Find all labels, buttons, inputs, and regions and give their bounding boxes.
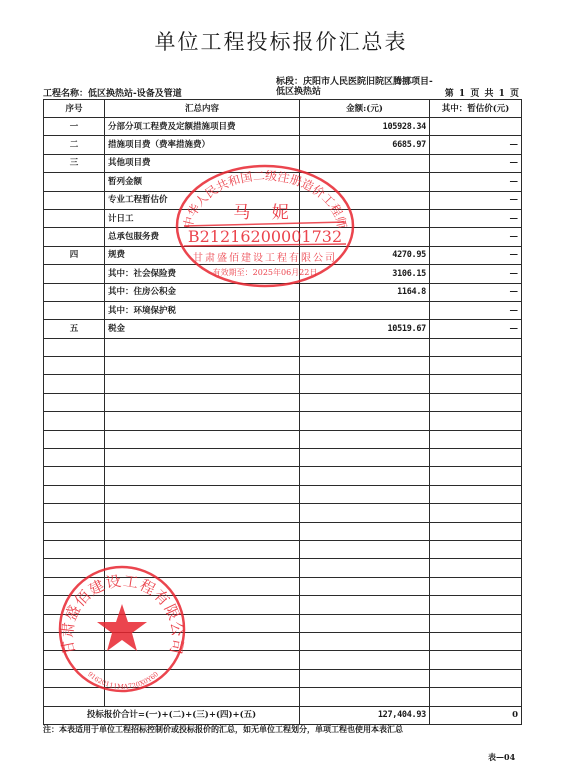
empty-row xyxy=(44,375,522,393)
row-amount: 4270.95 xyxy=(300,246,430,264)
empty-row xyxy=(44,412,522,430)
page-info: 第 1 页 共 1 页 xyxy=(440,86,520,99)
row-no xyxy=(44,301,105,319)
row-amount: 1164.8 xyxy=(300,283,430,301)
row-estimate: — xyxy=(430,154,522,172)
row-content: 分部分项工程费及定额措施项目费 xyxy=(105,118,300,136)
row-no: 二 xyxy=(44,136,105,154)
empty-row xyxy=(44,559,522,577)
empty-cell xyxy=(300,430,430,448)
empty-cell xyxy=(44,522,105,540)
empty-row xyxy=(44,485,522,503)
empty-cell xyxy=(105,669,300,687)
empty-cell xyxy=(105,467,300,485)
empty-cell xyxy=(430,357,522,375)
empty-cell xyxy=(105,412,300,430)
row-estimate: — xyxy=(430,246,522,264)
row-amount: 3106.15 xyxy=(300,265,430,283)
total-label: 投标报价合计=(一)+(二)+(三)+(四)+(五) xyxy=(44,706,300,724)
empty-cell xyxy=(44,596,105,614)
empty-cell xyxy=(105,485,300,503)
empty-cell xyxy=(105,338,300,356)
empty-cell xyxy=(300,559,430,577)
empty-cell xyxy=(44,540,105,558)
row-estimate: — xyxy=(430,301,522,319)
row-no xyxy=(44,228,105,246)
empty-row xyxy=(44,393,522,411)
total-amount: 127,404.93 xyxy=(300,706,430,724)
row-estimate: — xyxy=(430,283,522,301)
empty-cell xyxy=(44,449,105,467)
empty-cell xyxy=(300,614,430,632)
empty-cell xyxy=(430,375,522,393)
empty-cell xyxy=(300,467,430,485)
empty-row xyxy=(44,357,522,375)
row-content: 其中：社会保险费 xyxy=(105,265,300,283)
empty-row xyxy=(44,688,522,706)
table-row: 暂列金额— xyxy=(44,173,522,191)
empty-cell xyxy=(44,485,105,503)
empty-cell xyxy=(300,504,430,522)
empty-cell xyxy=(105,688,300,706)
row-no xyxy=(44,283,105,301)
row-estimate xyxy=(430,118,522,136)
table-row: 五税金10519.67— xyxy=(44,320,522,338)
table-row: 四规费4270.95— xyxy=(44,246,522,264)
empty-cell xyxy=(430,577,522,595)
empty-row xyxy=(44,540,522,558)
empty-row xyxy=(44,467,522,485)
empty-cell xyxy=(300,540,430,558)
row-estimate: — xyxy=(430,173,522,191)
row-content: 措施项目费（费率措施费） xyxy=(105,136,300,154)
footnote: 注：本表适用于单位工程招标控制价或投标报价的汇总，如无单位工程划分，单项工程也使… xyxy=(43,724,403,735)
section-label-line1: 标段：庆阳市人民医院旧院区腾挪项目- xyxy=(276,77,436,87)
empty-cell xyxy=(430,632,522,650)
empty-cell xyxy=(300,449,430,467)
table-header-row: 序号 汇总内容 金额:(元) 其中：暂估价(元) xyxy=(44,100,522,118)
empty-cell xyxy=(300,393,430,411)
row-amount xyxy=(300,191,430,209)
project-name: 工程名称：低区换热站-设备及管道 xyxy=(43,86,182,99)
row-estimate: — xyxy=(430,191,522,209)
empty-cell xyxy=(44,669,105,687)
empty-cell xyxy=(105,393,300,411)
empty-row xyxy=(44,522,522,540)
empty-cell xyxy=(44,375,105,393)
empty-cell xyxy=(430,540,522,558)
row-estimate: — xyxy=(430,209,522,227)
row-content: 规费 xyxy=(105,246,300,264)
empty-cell xyxy=(44,357,105,375)
form-code: 表—04 xyxy=(488,752,515,763)
row-no: 一 xyxy=(44,118,105,136)
summary-table: 序号 汇总内容 金额:(元) 其中：暂估价(元) 一分部分项工程费及定额措施项目… xyxy=(43,99,522,725)
row-amount xyxy=(300,209,430,227)
empty-cell xyxy=(430,651,522,669)
empty-cell xyxy=(105,651,300,669)
row-no: 三 xyxy=(44,154,105,172)
table-row: 其中：环境保护税— xyxy=(44,301,522,319)
empty-cell xyxy=(300,632,430,650)
empty-cell xyxy=(430,504,522,522)
empty-row xyxy=(44,596,522,614)
header-content: 汇总内容 xyxy=(105,100,300,118)
row-amount xyxy=(300,154,430,172)
row-amount: 105928.34 xyxy=(300,118,430,136)
empty-cell xyxy=(44,338,105,356)
empty-cell xyxy=(105,559,300,577)
empty-row xyxy=(44,449,522,467)
header-no: 序号 xyxy=(44,100,105,118)
header-estimate: 其中：暂估价(元) xyxy=(430,100,522,118)
empty-cell xyxy=(300,596,430,614)
empty-cell xyxy=(430,614,522,632)
row-amount: 6685.97 xyxy=(300,136,430,154)
empty-cell xyxy=(44,412,105,430)
empty-cell xyxy=(300,375,430,393)
empty-cell xyxy=(430,522,522,540)
empty-row xyxy=(44,430,522,448)
empty-row xyxy=(44,669,522,687)
empty-cell xyxy=(105,522,300,540)
table-row: 其中：住房公积金1164.8— xyxy=(44,283,522,301)
row-no: 四 xyxy=(44,246,105,264)
empty-cell xyxy=(300,688,430,706)
section-label-line2: 低区换热站 xyxy=(276,87,436,97)
table-body: 一分部分项工程费及定额措施项目费105928.34二措施项目费（费率措施费）66… xyxy=(44,118,522,725)
row-no xyxy=(44,265,105,283)
row-content: 专业工程暂估价 xyxy=(105,191,300,209)
empty-cell xyxy=(430,449,522,467)
row-estimate: — xyxy=(430,136,522,154)
empty-cell xyxy=(44,614,105,632)
row-content: 其中：环境保护税 xyxy=(105,301,300,319)
empty-cell xyxy=(430,412,522,430)
row-no xyxy=(44,209,105,227)
empty-cell xyxy=(105,632,300,650)
empty-cell xyxy=(430,596,522,614)
table-row: 其中：社会保险费3106.15— xyxy=(44,265,522,283)
empty-cell xyxy=(105,375,300,393)
empty-row xyxy=(44,504,522,522)
row-content: 暂列金额 xyxy=(105,173,300,191)
table-row: 总承包服务费— xyxy=(44,228,522,246)
empty-cell xyxy=(44,467,105,485)
empty-cell xyxy=(44,577,105,595)
empty-cell xyxy=(430,485,522,503)
empty-cell xyxy=(105,614,300,632)
header-amount: 金额:(元) xyxy=(300,100,430,118)
empty-cell xyxy=(300,485,430,503)
row-no xyxy=(44,173,105,191)
empty-row xyxy=(44,632,522,650)
row-amount: 10519.67 xyxy=(300,320,430,338)
empty-cell xyxy=(430,559,522,577)
row-estimate: — xyxy=(430,265,522,283)
empty-cell xyxy=(300,669,430,687)
row-no: 五 xyxy=(44,320,105,338)
table-row: 一分部分项工程费及定额措施项目费105928.34 xyxy=(44,118,522,136)
empty-cell xyxy=(300,357,430,375)
empty-row xyxy=(44,338,522,356)
empty-cell xyxy=(430,669,522,687)
empty-cell xyxy=(300,412,430,430)
row-amount xyxy=(300,301,430,319)
empty-cell xyxy=(430,393,522,411)
row-amount xyxy=(300,228,430,246)
empty-cell xyxy=(105,449,300,467)
row-estimate: — xyxy=(430,320,522,338)
table-row: 计日工— xyxy=(44,209,522,227)
empty-cell xyxy=(430,430,522,448)
row-estimate: — xyxy=(430,228,522,246)
table-row: 专业工程暂估价— xyxy=(44,191,522,209)
empty-cell xyxy=(105,357,300,375)
empty-cell xyxy=(44,393,105,411)
total-row: 投标报价合计=(一)+(二)+(三)+(四)+(五)127,404.930 xyxy=(44,706,522,724)
row-content: 总承包服务费 xyxy=(105,228,300,246)
empty-cell xyxy=(44,632,105,650)
empty-cell xyxy=(44,688,105,706)
document-title: 单位工程投标报价汇总表 xyxy=(0,26,562,56)
empty-cell xyxy=(44,430,105,448)
empty-cell xyxy=(300,338,430,356)
section-label: 标段：庆阳市人民医院旧院区腾挪项目- 低区换热站 xyxy=(276,77,436,97)
empty-cell xyxy=(430,688,522,706)
row-no xyxy=(44,191,105,209)
row-content: 计日工 xyxy=(105,209,300,227)
empty-cell xyxy=(105,504,300,522)
empty-row xyxy=(44,614,522,632)
empty-row xyxy=(44,577,522,595)
empty-cell xyxy=(44,651,105,669)
table-row: 三其他项目费— xyxy=(44,154,522,172)
empty-cell xyxy=(44,504,105,522)
table-row: 二措施项目费（费率措施费）6685.97— xyxy=(44,136,522,154)
empty-cell xyxy=(300,651,430,669)
row-content: 其中：住房公积金 xyxy=(105,283,300,301)
empty-cell xyxy=(430,338,522,356)
empty-cell xyxy=(105,430,300,448)
row-amount xyxy=(300,173,430,191)
empty-cell xyxy=(430,467,522,485)
row-content: 税金 xyxy=(105,320,300,338)
empty-row xyxy=(44,651,522,669)
row-content: 其他项目费 xyxy=(105,154,300,172)
total-estimate: 0 xyxy=(430,706,522,724)
empty-cell xyxy=(44,559,105,577)
empty-cell xyxy=(300,577,430,595)
empty-cell xyxy=(105,577,300,595)
empty-cell xyxy=(300,522,430,540)
empty-cell xyxy=(105,596,300,614)
empty-cell xyxy=(105,540,300,558)
